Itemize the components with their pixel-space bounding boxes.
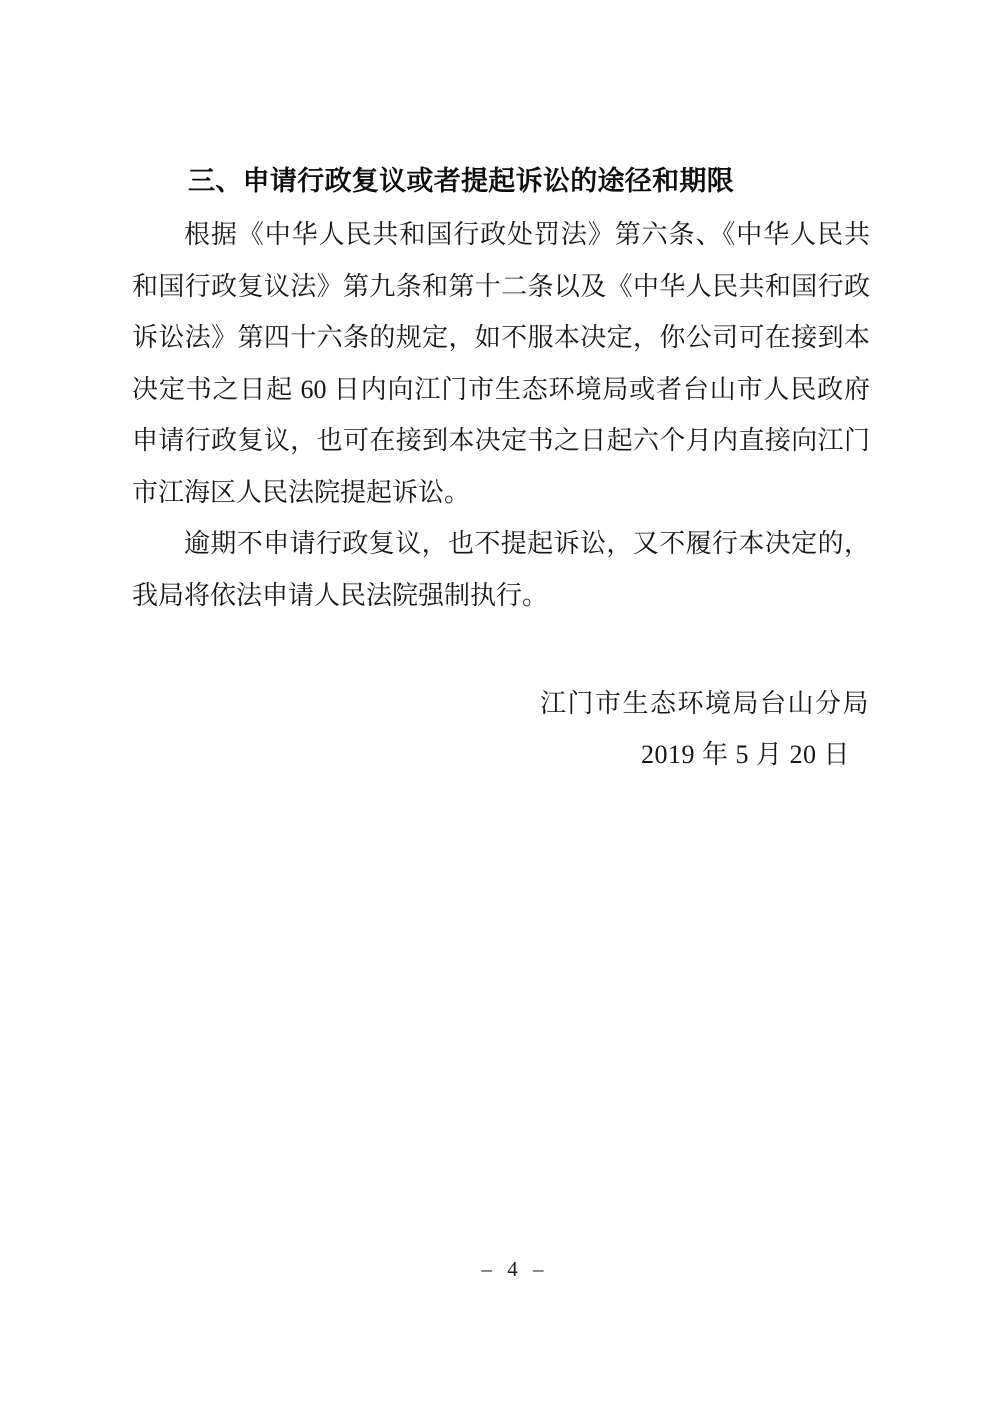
signature-date: 2019 年 5 月 20 日 [132, 738, 850, 772]
paragraph-1-line-6: 市江海区人民法院提起诉讼。 [132, 467, 870, 519]
signature-agency: 江门市生态环境局台山分局 [132, 687, 870, 721]
paragraph-1-line-3: 诉讼法》第四十六条的规定，如不服本决定，你公司可在接到本 [132, 312, 870, 364]
paragraph-1-line-4: 决定书之日起 60 日内向江门市生态环境局或者台山市人民政府 [132, 364, 870, 416]
section-heading: 三、申请行政复议或者提起诉讼的途径和期限 [188, 165, 734, 198]
document-page: 三、申请行政复议或者提起诉讼的途径和期限 根据《中华人民共和国行政处罚法》第六条… [0, 0, 992, 1403]
paragraph-2-line-2: 我局将依法申请人民法院强制执行。 [132, 570, 870, 622]
page-number: – 4 – [34, 1256, 992, 1282]
paragraph-2-line-1: 逾期不申请行政复议，也不提起诉讼，又不履行本决定的， [132, 518, 870, 570]
paragraph-1-line-5: 申请行政复议，也可在接到本决定书之日起六个月内直接向江门 [132, 415, 870, 467]
paragraph-1-line-2: 和国行政复议法》第九条和第十二条以及《中华人民共和国行政 [132, 261, 870, 313]
document-body: 根据《中华人民共和国行政处罚法》第六条、《中华人民共 和国行政复议法》第九条和第… [132, 209, 870, 621]
paragraph-1-line-1: 根据《中华人民共和国行政处罚法》第六条、《中华人民共 [132, 209, 870, 261]
